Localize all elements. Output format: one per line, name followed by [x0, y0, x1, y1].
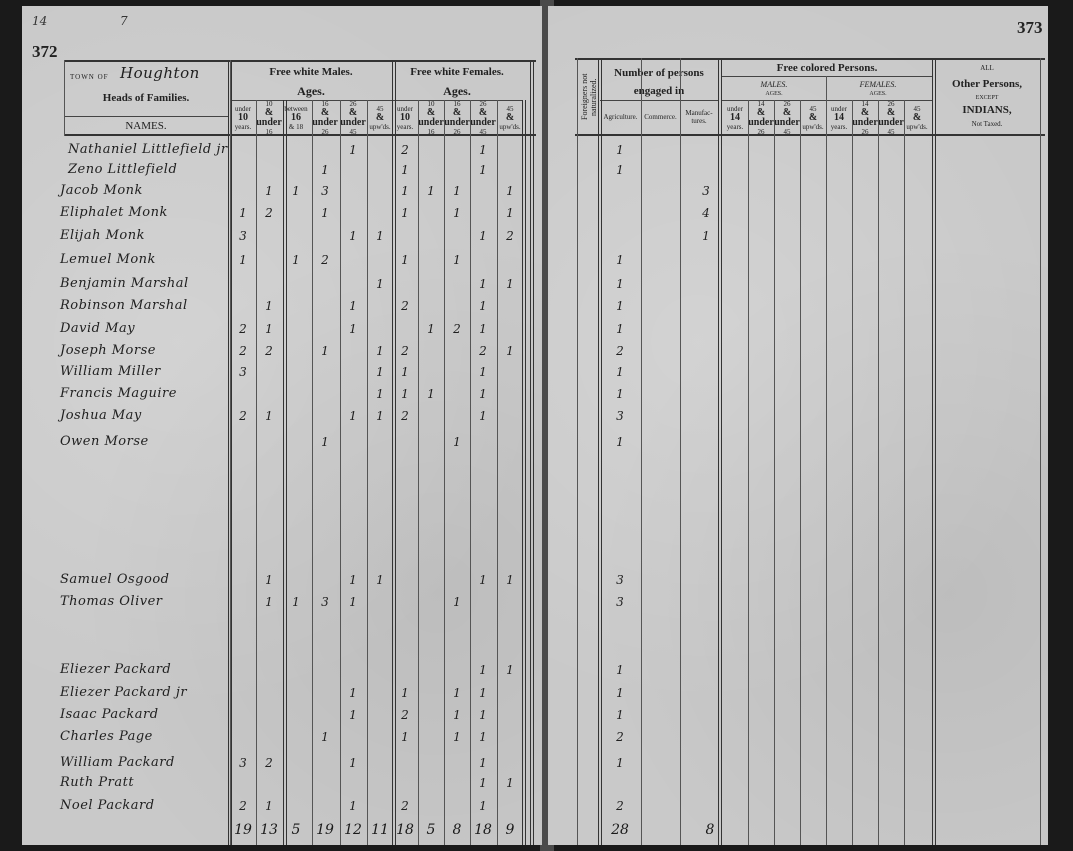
female-count: 1 [497, 573, 523, 587]
female-count: 1 [470, 776, 496, 790]
other-all-label: ALL [934, 64, 1040, 73]
female-age-column-header: 26& under45 [470, 102, 496, 134]
agriculture-header: Agriculture. [600, 102, 641, 132]
household-head-name: Eliphalet Monk [60, 205, 168, 220]
male-column-total: 19 [230, 822, 256, 838]
agriculture-count: 2 [607, 799, 633, 813]
male-count: 1 [312, 435, 338, 449]
female-count: 1 [497, 344, 523, 358]
male-count: 1 [340, 708, 366, 722]
male-count: 3 [230, 229, 256, 243]
other-indians-label: INDIANS, [934, 104, 1040, 116]
commerce-header: Commerce. [641, 102, 680, 132]
household-head-name: Joshua May [60, 408, 142, 423]
female-count: 1 [470, 409, 496, 423]
males-ages-label: Ages. [230, 84, 392, 99]
female-count: 1 [418, 322, 444, 336]
colored-males-label: MALES. [722, 80, 826, 89]
age-header-part: 14 [834, 113, 844, 123]
other-except-label: EXCEPT [934, 94, 1040, 103]
age-header-part: 45 [784, 128, 791, 136]
age-header-part: years. [831, 123, 848, 131]
age-header-part: 45 [350, 128, 357, 136]
male-count: 1 [312, 163, 338, 177]
female-count: 1 [470, 163, 496, 177]
column-rule [577, 58, 578, 845]
female-count: 2 [392, 409, 418, 423]
female-age-column-header: under10years. [392, 102, 418, 134]
colored-age-column-header: under14years. [826, 102, 852, 134]
male-count: 2 [312, 253, 338, 267]
rule [64, 60, 65, 136]
column-rule [800, 100, 801, 845]
male-count: 1 [283, 253, 309, 267]
female-column-total: 18 [392, 822, 418, 838]
male-count: 3 [312, 184, 338, 198]
male-count: 3 [312, 595, 338, 609]
male-count: 1 [340, 686, 366, 700]
household-head-name: Robinson Marshal [60, 298, 188, 313]
colored-males-ages: AGES. [722, 90, 826, 99]
female-count: 1 [497, 184, 523, 198]
agriculture-count: 1 [607, 143, 633, 157]
age-header-part: & under [312, 108, 338, 128]
female-column-total: 5 [418, 822, 444, 838]
agriculture-count: 1 [607, 163, 633, 177]
colored-age-column-header: 45&upw'ds. [904, 102, 930, 134]
heads-of-families-label: Heads of Families. [64, 92, 228, 104]
male-age-column-header: 45&upw'ds. [367, 102, 393, 134]
column-rule [932, 58, 933, 845]
household-head-name: Lemuel Monk [60, 252, 156, 267]
female-count: 1 [470, 299, 496, 313]
female-count: 1 [392, 184, 418, 198]
margin-note-mid: 7 [120, 14, 128, 28]
age-header-part: 16 [291, 113, 301, 123]
age-header-part: upw'ds. [906, 123, 927, 131]
male-count: 1 [256, 322, 282, 336]
male-age-column-header: 10& under16 [256, 102, 282, 134]
other-persons-label: Other Persons, [934, 78, 1040, 90]
town-name: Houghton [120, 64, 200, 82]
male-count: 1 [367, 277, 393, 291]
male-column-total: 19 [312, 822, 338, 838]
column-rule [392, 60, 393, 100]
female-count: 1 [418, 387, 444, 401]
male-count: 2 [230, 799, 256, 813]
female-count: 1 [470, 387, 496, 401]
male-count: 1 [340, 322, 366, 336]
household-head-name: Francis Maguire [60, 386, 177, 401]
manufactures-count: 3 [693, 184, 719, 198]
colored-age-column-header: 45&upw'ds. [800, 102, 826, 134]
agriculture-count: 1 [607, 322, 633, 336]
column-rule [641, 58, 642, 845]
female-count: 1 [444, 435, 470, 449]
female-count: 2 [392, 799, 418, 813]
age-header-part: & [506, 113, 514, 123]
foreigners-not-naturalized-header: Foreigners not naturalized. [580, 62, 598, 132]
column-rule [878, 100, 879, 845]
male-count: 1 [312, 344, 338, 358]
male-count: 1 [340, 756, 366, 770]
male-count: 2 [230, 344, 256, 358]
age-header-part: 16 [266, 128, 273, 136]
male-count: 1 [312, 730, 338, 744]
age-header-part: 26 [454, 128, 461, 136]
column-rule [230, 60, 231, 100]
agriculture-count: 1 [607, 663, 633, 677]
male-count: 2 [256, 344, 282, 358]
column-rule [598, 58, 599, 845]
age-header-part: 10 [238, 113, 248, 123]
household-head-name: Benjamin Marshal [60, 276, 189, 291]
male-age-column-header: 26& under45 [340, 102, 366, 134]
female-count: 1 [470, 708, 496, 722]
male-count: 1 [230, 253, 256, 267]
female-count: 1 [470, 365, 496, 379]
male-age-column-header: between16& 18 [283, 102, 309, 134]
age-header-part: & under [418, 108, 444, 128]
male-count: 1 [256, 184, 282, 198]
female-age-column-header: 45&upw'ds. [497, 102, 523, 134]
column-rule [748, 100, 749, 845]
header-bottom-rule [64, 134, 536, 136]
male-count: 2 [230, 322, 256, 336]
age-header-part: 16 [428, 128, 435, 136]
age-header-part: & under [256, 108, 282, 128]
female-count: 1 [444, 253, 470, 267]
margin-note-left: 14 [32, 14, 47, 28]
agriculture-count: 1 [607, 756, 633, 770]
age-header-part: years. [397, 123, 414, 131]
town-of-label: TOWN OF [70, 73, 109, 82]
male-count: 2 [230, 409, 256, 423]
agriculture-count: 1 [607, 387, 633, 401]
page-edge-rule [1040, 58, 1041, 845]
household-head-name: Owen Morse [60, 434, 149, 449]
male-count: 1 [256, 409, 282, 423]
male-count: 1 [367, 387, 393, 401]
agriculture-count: 3 [607, 595, 633, 609]
male-count: 1 [340, 143, 366, 157]
agriculture-count: 1 [607, 277, 633, 291]
colored-age-column-header: 14& under26 [852, 102, 878, 134]
female-count: 1 [444, 206, 470, 220]
agriculture-count: 3 [607, 573, 633, 587]
manufactures-header: Manufac-tures. [680, 102, 718, 132]
male-count: 2 [256, 756, 282, 770]
right-header-top-rule [575, 58, 1045, 60]
persons-engaged-header: Number of persons engaged in [600, 64, 718, 100]
household-head-name: Zeno Littlefield [68, 162, 177, 177]
female-count: 2 [392, 143, 418, 157]
household-head-name: William Miller [60, 364, 161, 379]
male-column-total: 12 [340, 822, 366, 838]
age-header-part: upw'ds. [499, 123, 520, 131]
age-header-part: & [376, 113, 384, 123]
female-count: 2 [444, 322, 470, 336]
male-count: 1 [256, 299, 282, 313]
column-rule [826, 76, 827, 845]
female-count: 1 [392, 686, 418, 700]
male-count: 1 [312, 206, 338, 220]
age-header-part: upw'ds. [802, 123, 823, 131]
male-count: 1 [340, 573, 366, 587]
colored-females-label: FEMALES. [826, 80, 930, 89]
household-head-name: Jacob Monk [60, 183, 143, 198]
household-head-name: Eliezer Packard jr [60, 685, 187, 700]
female-count: 1 [470, 229, 496, 243]
household-head-name: Eliezer Packard [60, 662, 171, 677]
page-edge-rule [530, 60, 531, 845]
agriculture-count: 1 [607, 365, 633, 379]
male-count: 1 [340, 409, 366, 423]
male-count: 1 [340, 299, 366, 313]
heads-divider [64, 116, 228, 117]
column-rule [680, 58, 681, 845]
household-head-name: Thomas Oliver [60, 594, 162, 609]
female-column-total: 9 [497, 822, 523, 838]
female-count: 1 [470, 756, 496, 770]
age-header-part: & under [878, 108, 904, 128]
household-head-name: Charles Page [60, 729, 153, 744]
column-rule [852, 100, 853, 845]
age-header-part: & under [340, 108, 366, 128]
colored-females-ages: AGES. [826, 90, 930, 99]
other-not-taxed-label: Not Taxed. [934, 120, 1040, 129]
male-count: 1 [283, 595, 309, 609]
male-column-total: 11 [367, 822, 393, 838]
female-count: 1 [392, 163, 418, 177]
right-page-number: 373 [1017, 18, 1043, 38]
female-count: 1 [444, 184, 470, 198]
female-count: 1 [470, 663, 496, 677]
female-count: 1 [392, 253, 418, 267]
age-header-part: 45 [888, 128, 895, 136]
agriculture-count: 1 [607, 253, 633, 267]
age-header-part: upw'ds. [369, 123, 390, 131]
male-count: 1 [367, 229, 393, 243]
column-rule [774, 100, 775, 845]
colored-age-column-header: 26& under45 [878, 102, 904, 134]
female-count: 1 [392, 365, 418, 379]
female-count: 1 [470, 143, 496, 157]
column-rule [904, 100, 905, 845]
male-count: 3 [230, 365, 256, 379]
female-count: 2 [392, 299, 418, 313]
female-count: 1 [497, 776, 523, 790]
female-count: 1 [470, 686, 496, 700]
agriculture-count: 1 [607, 686, 633, 700]
age-header-part: 26 [758, 128, 765, 136]
male-age-column-header: 16& under26 [312, 102, 338, 134]
names-column-rule [228, 60, 229, 845]
female-column-total: 18 [470, 822, 496, 838]
agriculture-count: 3 [607, 409, 633, 423]
age-header-part: 45 [480, 128, 487, 136]
total-manufactures: 8 [697, 822, 723, 838]
manufactures-count: 4 [693, 206, 719, 220]
age-header-part: & [913, 113, 921, 123]
names-column-header: NAMES. [64, 120, 228, 132]
engaged-subrule [600, 100, 718, 101]
age-header-part: & under [748, 108, 774, 128]
column-rule [367, 100, 368, 845]
female-count: 1 [418, 184, 444, 198]
male-count: 1 [256, 573, 282, 587]
female-count: 2 [470, 344, 496, 358]
agriculture-count: 1 [607, 435, 633, 449]
male-column-total: 5 [283, 822, 309, 838]
male-count: 3 [230, 756, 256, 770]
age-header-part: 26 [322, 128, 329, 136]
female-count: 1 [470, 799, 496, 813]
colored-age-column-header: 26& under45 [774, 102, 800, 134]
household-head-name: Elijah Monk [60, 228, 145, 243]
household-head-name: Isaac Packard [60, 707, 159, 722]
household-head-name: Joseph Morse [60, 343, 156, 358]
right-header-bottom-rule [575, 134, 1045, 136]
male-count: 1 [256, 595, 282, 609]
free-white-males-header: Free white Males. [230, 66, 392, 78]
female-count: 1 [444, 730, 470, 744]
female-count: 1 [444, 595, 470, 609]
male-count: 1 [283, 184, 309, 198]
age-header-part: years. [235, 123, 252, 131]
female-count: 1 [444, 686, 470, 700]
female-count: 1 [444, 708, 470, 722]
male-count: 1 [367, 409, 393, 423]
male-count: 1 [340, 229, 366, 243]
age-header-part: 26 [862, 128, 869, 136]
agriculture-count: 2 [607, 344, 633, 358]
column-rule [340, 100, 341, 845]
female-count: 1 [470, 573, 496, 587]
female-count: 1 [497, 663, 523, 677]
age-subheader-rule [230, 100, 522, 101]
female-count: 1 [470, 322, 496, 336]
household-head-name: David May [60, 321, 135, 336]
colored-age-subrule [722, 100, 932, 101]
age-header-part: 14 [730, 113, 740, 123]
age-header-part: & under [470, 108, 496, 128]
household-head-name: Ruth Pratt [60, 775, 134, 790]
age-header-part: years. [727, 123, 744, 131]
female-age-column-header: 10& under16 [418, 102, 444, 134]
age-header-part: & under [444, 108, 470, 128]
left-page-number: 372 [32, 42, 58, 62]
male-count: 1 [230, 206, 256, 220]
male-count: 1 [367, 344, 393, 358]
female-age-column-header: 16& under26 [444, 102, 470, 134]
female-count: 1 [392, 730, 418, 744]
header-top-rule [64, 60, 536, 62]
agriculture-count: 2 [607, 730, 633, 744]
female-count: 1 [470, 277, 496, 291]
household-head-name: William Packard [60, 755, 175, 770]
females-ages-label: Ages. [392, 84, 522, 99]
total-agriculture: 28 [607, 822, 633, 838]
male-count: 2 [256, 206, 282, 220]
agriculture-count: 1 [607, 299, 633, 313]
female-count: 2 [392, 344, 418, 358]
female-column-total: 8 [444, 822, 470, 838]
male-column-total: 13 [256, 822, 282, 838]
free-white-females-header: Free white Females. [392, 66, 522, 78]
household-head-name: Samuel Osgood [60, 572, 169, 587]
colored-age-column-header: 14& under26 [748, 102, 774, 134]
male-count: 1 [256, 799, 282, 813]
female-count: 1 [470, 730, 496, 744]
female-count: 1 [392, 387, 418, 401]
female-count: 2 [392, 708, 418, 722]
age-header-part: & 18 [289, 123, 303, 131]
age-header-part: & under [852, 108, 878, 128]
female-count: 1 [497, 206, 523, 220]
manufactures-count: 1 [693, 229, 719, 243]
free-colored-persons-header: Free colored Persons. [722, 62, 932, 74]
colored-age-column-header: under14years. [722, 102, 748, 134]
colored-subrule [722, 76, 932, 77]
female-count: 1 [392, 206, 418, 220]
age-header-part: 10 [400, 113, 410, 123]
male-count: 1 [367, 365, 393, 379]
male-count: 1 [340, 799, 366, 813]
column-rule [283, 100, 284, 845]
column-rule [418, 100, 419, 845]
household-head-name: Nathaniel Littlefield jr [68, 142, 228, 157]
male-count: 1 [367, 573, 393, 587]
agriculture-count: 1 [607, 708, 633, 722]
female-count: 2 [497, 229, 523, 243]
household-head-name: Noel Packard [60, 798, 155, 813]
female-count: 1 [497, 277, 523, 291]
age-header-part: & under [774, 108, 800, 128]
male-age-column-header: under10years. [230, 102, 256, 134]
column-rule [718, 58, 719, 845]
male-count: 1 [340, 595, 366, 609]
age-header-part: & [809, 113, 817, 123]
